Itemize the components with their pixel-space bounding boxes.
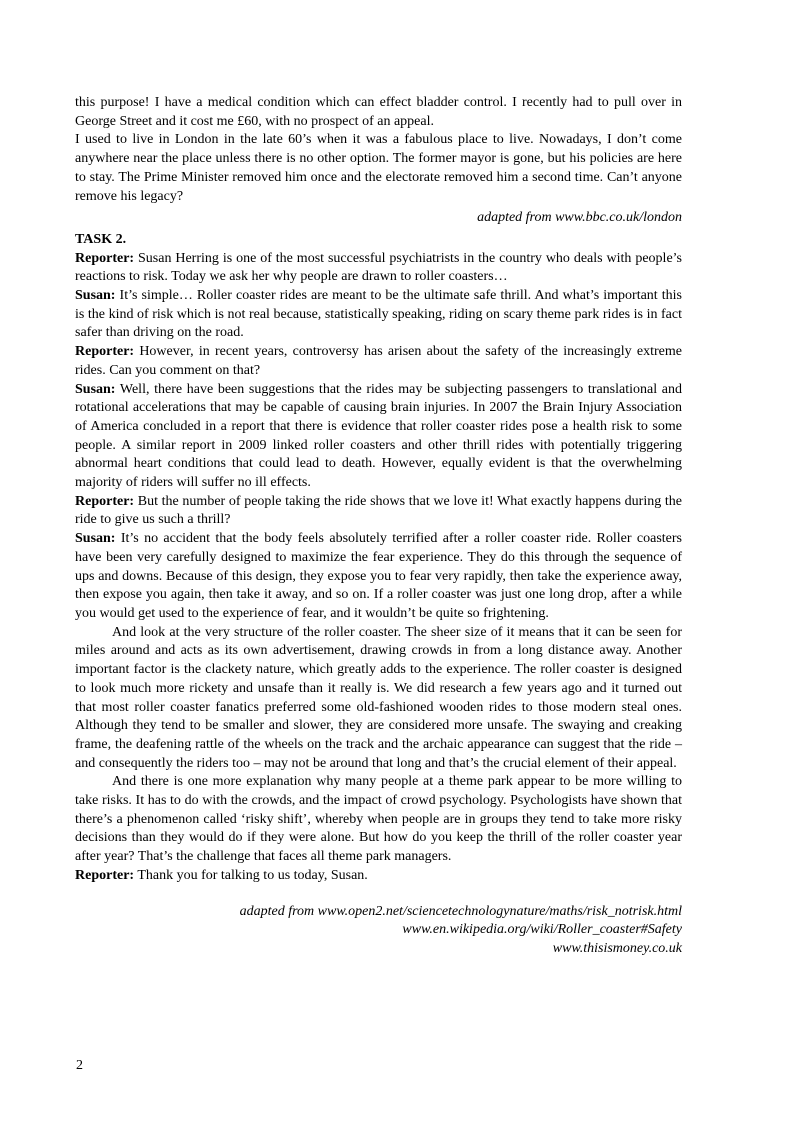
speaker-label: Susan:: [75, 382, 115, 397]
paragraph-text: Susan Herring is one of the most success…: [75, 251, 682, 285]
document-page: this purpose! I have a medical condition…: [0, 0, 794, 1123]
speaker-label: Susan:: [75, 288, 115, 303]
paragraph-text: And there is one more explanation why ma…: [75, 774, 682, 864]
paragraph-text: But the number of people taking the ride…: [75, 494, 682, 528]
paragraph: this purpose! I have a medical condition…: [75, 94, 682, 131]
transcript-paragraph: Susan: It’s no accident that the body fe…: [75, 530, 682, 624]
source-attribution: adapted from www.bbc.co.uk/london: [75, 209, 682, 228]
paragraph-text: I used to live in London in the late 60’…: [75, 132, 682, 203]
speaker-label: Reporter:: [75, 868, 134, 883]
paragraph: I used to live in London in the late 60’…: [75, 131, 682, 206]
source-attribution: www.en.wikipedia.org/wiki/Roller_coaster…: [75, 921, 682, 940]
transcript-paragraph: Reporter: Thank you for talking to us to…: [75, 867, 682, 886]
speaker-label: Susan:: [75, 531, 115, 546]
speaker-label: Reporter:: [75, 494, 134, 509]
speaker-label: Reporter:: [75, 251, 134, 266]
paragraph-text: It’s simple… Roller coaster rides are me…: [75, 288, 682, 340]
paragraph-text: Thank you for talking to us today, Susan…: [134, 868, 368, 883]
task-heading: TASK 2.: [75, 231, 682, 250]
transcript-paragraph: Reporter: Susan Herring is one of the mo…: [75, 250, 682, 287]
transcript-paragraph: Reporter: However, in recent years, cont…: [75, 343, 682, 380]
transcript-paragraph: And there is one more explanation why ma…: [75, 773, 682, 867]
paragraph-text: Well, there have been suggestions that t…: [75, 382, 682, 491]
speaker-label: Reporter:: [75, 344, 134, 359]
transcript-paragraph: Susan: It’s simple… Roller coaster rides…: [75, 287, 682, 343]
source-attribution: www.thisismoney.co.uk: [75, 940, 682, 959]
paragraph-text: However, in recent years, controversy ha…: [75, 344, 682, 378]
page-content: this purpose! I have a medical condition…: [75, 94, 682, 959]
transcript-paragraph: And look at the very structure of the ro…: [75, 624, 682, 774]
page-number: 2: [76, 1057, 83, 1076]
paragraph-text: And look at the very structure of the ro…: [75, 625, 682, 771]
source-attribution: adapted from www.open2.net/sciencetechno…: [75, 903, 682, 922]
transcript-paragraph: Susan: Well, there have been suggestions…: [75, 381, 682, 493]
paragraph-text: this purpose! I have a medical condition…: [75, 95, 682, 129]
transcript-paragraph: Reporter: But the number of people takin…: [75, 493, 682, 530]
paragraph-text: It’s no accident that the body feels abs…: [75, 531, 682, 621]
